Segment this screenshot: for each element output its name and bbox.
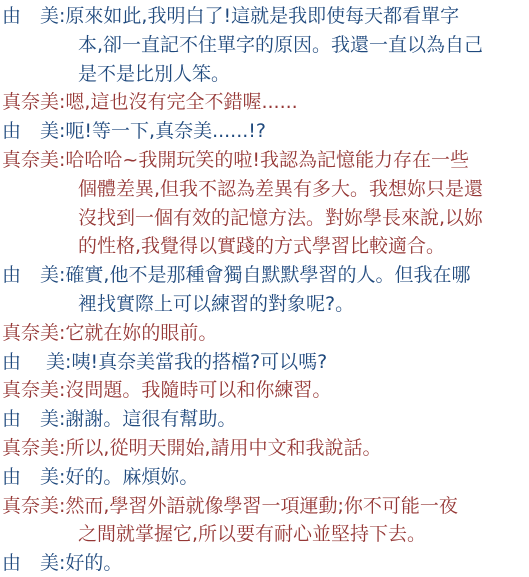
dialogue-text-line: 沒問題。我隨時可以和你練習。	[65, 379, 331, 401]
dialogue-first-line: 由 美:好的。麻煩妳。	[78, 463, 529, 492]
dialogue-text-line: 好的。麻煩妳。	[65, 466, 198, 488]
dialogue-first-line: 真奈美:嗯,這也沒有完全不錯喔......	[78, 88, 529, 117]
speaker-name: 由 美:	[2, 463, 65, 492]
dialogue-first-line: 由 美:呃!等一下,真奈美......!?	[78, 117, 529, 146]
dialogue-entry: 由 美:呃!等一下,真奈美......!?	[2, 117, 529, 146]
dialogue-first-line: 真奈美:所以,從明天開始,請用中文和我說話。	[78, 434, 529, 463]
dialogue-text-line: 它就在妳的眼前。	[65, 322, 217, 344]
dialogue-entry: 真奈美:哈哈哈~我開玩笑的啦!我認為記憶能力存在一些 個體差異,但我不認為差異有…	[2, 146, 529, 261]
speaker-name: 真奈美:	[2, 434, 65, 463]
dialogue-text-line: 確實,他不是那種會獨自默默學習的人。但我在哪	[65, 264, 470, 286]
dialogue-text-line: 咦!真奈美當我的搭檔?可以嗎?	[71, 351, 327, 373]
speaker-name: 由 美:	[2, 2, 65, 31]
speaker-name: 真奈美:	[2, 319, 65, 348]
dialogue-first-line: 真奈美:然而,學習外語就像學習一項運動;你不可能一夜	[78, 492, 529, 521]
speaker-name: 真奈美:	[2, 88, 65, 117]
dialogue-first-line: 真奈美:哈哈哈~我開玩笑的啦!我認為記憶能力存在一些	[78, 146, 529, 175]
dialogue-first-line: 由 美:原來如此,我明白了!這就是我即使每天都看單字	[78, 2, 529, 31]
dialogue-entry: 真奈美:它就在妳的眼前。	[2, 319, 529, 348]
speaker-name: 由 美:	[2, 117, 65, 146]
dialogue-first-line: 由 美:謝謝。這很有幫助。	[78, 405, 529, 434]
dialogue-text-line: 的性格,我覺得以實踐的方式學習比較適合。	[78, 232, 529, 261]
dialogue-text-line: 哈哈哈~我開玩笑的啦!我認為記憶能力存在一些	[65, 149, 469, 171]
dialogue-entry: 由 美:好的。	[2, 549, 529, 577]
dialogue-first-line: 由 美:好的。	[78, 549, 529, 577]
dialogue-text-line: 原來如此,我明白了!這就是我即使每天都看單字	[65, 5, 459, 27]
dialogue-continuation-lines: 裡找實際上可以練習的對象呢?。	[78, 290, 529, 319]
speaker-name: 由 美:	[2, 549, 65, 577]
dialogue-entry: 由 美:好的。麻煩妳。	[2, 463, 529, 492]
dialogue-text-line: 謝謝。這很有幫助。	[65, 408, 236, 430]
speaker-name: 真奈美:	[2, 146, 65, 175]
dialogue-text-line: 本,卻一直記不住單字的原因。我還一直以為自己	[78, 31, 529, 60]
dialogue-continuation-lines: 本,卻一直記不住單字的原因。我還一直以為自己是不是比別人笨。	[78, 31, 529, 89]
dialogue-first-line: 真奈美:它就在妳的眼前。	[78, 319, 529, 348]
dialogue-first-line: 由 美:確實,他不是那種會獨自默默學習的人。但我在哪	[78, 261, 529, 290]
speaker-name: 真奈美:	[2, 492, 65, 521]
dialogue-text-line: 所以,從明天開始,請用中文和我說話。	[65, 437, 381, 459]
dialogue-text-line: 之間就掌握它,所以要有耐心並堅持下去。	[78, 520, 529, 549]
dialogue-entry: 由 美:原來如此,我明白了!這就是我即使每天都看單字 本,卻一直記不住單字的原因…	[2, 2, 529, 88]
dialogue-entry: 真奈美:沒問題。我隨時可以和你練習。	[2, 376, 529, 405]
dialogue-text-line: 呃!等一下,真奈美......!?	[65, 120, 266, 142]
speaker-name: 由 美:	[2, 348, 71, 377]
dialogue-continuation-lines: 之間就掌握它,所以要有耐心並堅持下去。	[78, 520, 529, 549]
dialogue-text-line: 個體差異,但我不認為差異有多大。我想妳只是還	[78, 175, 529, 204]
dialogue-text-line: 沒找到一個有效的記憶方法。對妳學長來說,以妳	[78, 204, 529, 233]
dialogue-text-line: 然而,學習外語就像學習一項運動;你不可能一夜	[65, 495, 457, 517]
dialogue-first-line: 由 美:咦!真奈美當我的搭檔?可以嗎?	[78, 348, 529, 377]
speaker-name: 由 美:	[2, 261, 65, 290]
dialogue-entry: 真奈美:嗯,這也沒有完全不錯喔......	[2, 88, 529, 117]
dialogue-entry: 由 美:咦!真奈美當我的搭檔?可以嗎?	[2, 348, 529, 377]
dialogue-entry: 由 美:確實,他不是那種會獨自默默學習的人。但我在哪 裡找實際上可以練習的對象呢…	[2, 261, 529, 319]
dialogue-entry: 真奈美:然而,學習外語就像學習一項運動;你不可能一夜 之間就掌握它,所以要有耐心…	[2, 492, 529, 550]
speaker-name: 由 美:	[2, 405, 65, 434]
dialogue-text-line: 嗯,這也沒有完全不錯喔......	[65, 91, 297, 113]
dialogue-text-line: 好的。	[65, 552, 122, 574]
speaker-name: 真奈美:	[2, 376, 65, 405]
dialogue-entry: 真奈美:所以,從明天開始,請用中文和我說話。	[2, 434, 529, 463]
dialogue-first-line: 真奈美:沒問題。我隨時可以和你練習。	[78, 376, 529, 405]
dialogue-text-line: 裡找實際上可以練習的對象呢?。	[78, 290, 529, 319]
dialogue-continuation-lines: 個體差異,但我不認為差異有多大。我想妳只是還沒找到一個有效的記憶方法。對妳學長來…	[78, 175, 529, 261]
dialogue-document: 由 美:原來如此,我明白了!這就是我即使每天都看單字 本,卻一直記不住單字的原因…	[2, 2, 529, 577]
dialogue-text-line: 是不是比別人笨。	[78, 60, 529, 89]
dialogue-entry: 由 美:謝謝。這很有幫助。	[2, 405, 529, 434]
